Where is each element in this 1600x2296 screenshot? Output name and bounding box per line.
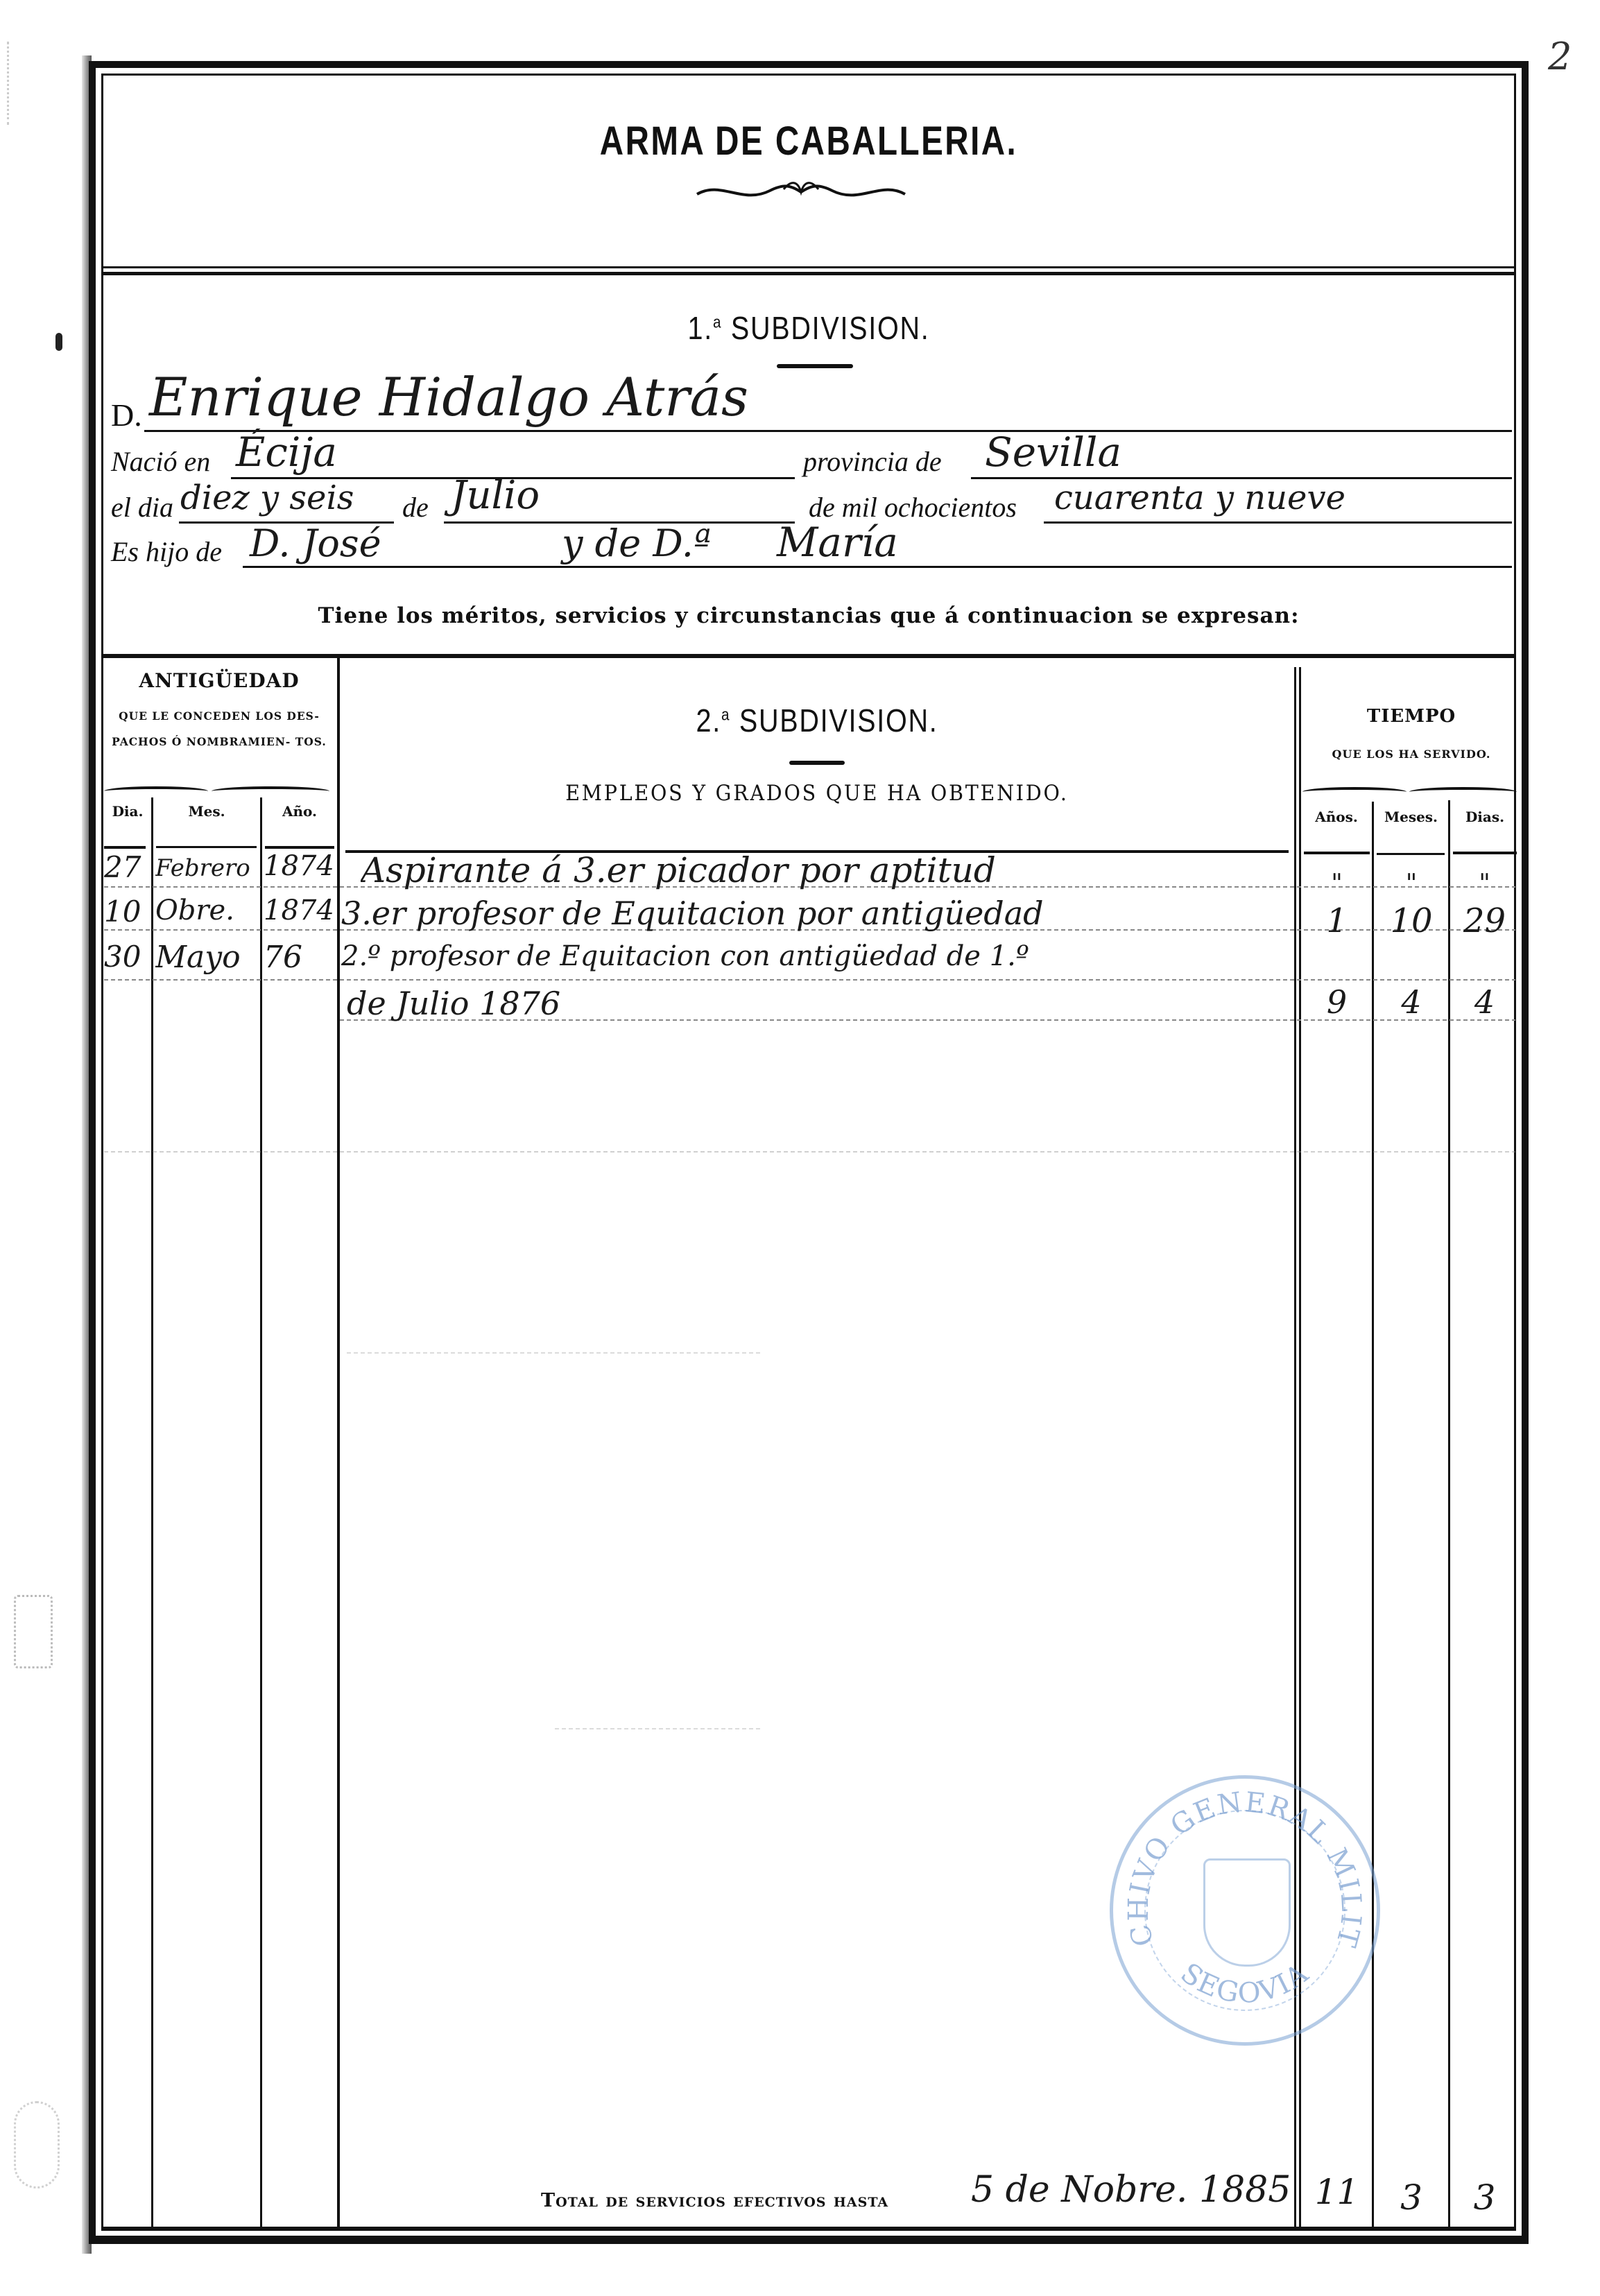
total-dias: 3 bbox=[1452, 2177, 1517, 2218]
header-divider-thin bbox=[101, 266, 1516, 268]
form-title: ARMA DE CABALLERIA. bbox=[229, 118, 1389, 164]
name-value: Enrique Hidalgo Atrás bbox=[149, 366, 748, 428]
father-value: D. José bbox=[250, 521, 381, 565]
month-label: de bbox=[402, 491, 429, 524]
empleos-caption: EMPLEOS Y GRADOS QUE HA OBTENIDO. bbox=[378, 781, 1256, 806]
subdivision-1-ordinal: a bbox=[713, 313, 722, 332]
row-2-dia: 10 bbox=[104, 895, 151, 929]
province-value: Sevilla bbox=[985, 429, 1121, 476]
header-rule-ano bbox=[265, 846, 334, 849]
margin-ornament-mark bbox=[14, 2101, 60, 2189]
row-1-mes: Febrero bbox=[155, 854, 259, 882]
subdivision-1-text: SUBDIVISION. bbox=[731, 310, 930, 346]
name-line bbox=[144, 430, 1512, 432]
table-bottom-rule bbox=[101, 2229, 1516, 2231]
margin-stamp-mark bbox=[14, 1595, 53, 1668]
archive-stamp-text: ARCHIVO GENERAL MILITAR SEGOVIA bbox=[1110, 1775, 1380, 2046]
title-flourish-ornament bbox=[694, 177, 909, 205]
mes-ano-divider bbox=[260, 797, 262, 2230]
row-3-dia: 30 bbox=[104, 940, 151, 974]
col-header-dias: Dias. bbox=[1450, 809, 1520, 825]
day-label: el dia bbox=[111, 491, 173, 524]
subdivision-1-ornament bbox=[777, 364, 853, 368]
row-guide bbox=[104, 979, 1515, 981]
merits-intro-text: Tiene los méritos, servicios y circunsta… bbox=[101, 603, 1516, 628]
total-anos: 11 bbox=[1304, 2172, 1370, 2212]
header-rule-dias bbox=[1453, 852, 1517, 854]
row-3-meses: 4 bbox=[1377, 983, 1446, 1021]
row-2-mes: Obre. bbox=[155, 895, 259, 926]
tiempo-brace-left bbox=[1302, 787, 1407, 797]
row-2-dias: 29 bbox=[1452, 901, 1517, 940]
total-meses: 3 bbox=[1377, 2177, 1446, 2218]
year-value: cuarenta y nueve bbox=[1054, 478, 1345, 517]
parents-line bbox=[243, 566, 1512, 568]
mother-label-handwritten: y de D.ª bbox=[562, 521, 712, 565]
father-label: Es hijo de bbox=[111, 535, 222, 568]
binding-hole bbox=[55, 333, 62, 351]
antiguedad-brace-right bbox=[212, 786, 329, 796]
antiguedad-subtitle: QUE LE CONCEDEN LOS DES- PACHOS Ó NOMBRA… bbox=[101, 703, 337, 754]
tiempo-brace-right bbox=[1409, 787, 1517, 797]
page-number: 2 bbox=[1548, 35, 1572, 78]
col-header-ano: Año. bbox=[262, 803, 337, 820]
margin-mark bbox=[7, 42, 30, 125]
row-2-ano: 1874 bbox=[264, 895, 337, 926]
tiempo-subtitle: QUE LOS HA SERVIDO. bbox=[1300, 748, 1522, 761]
subdivision-2-number: 2. bbox=[696, 702, 721, 739]
name-label: D. bbox=[111, 397, 142, 433]
subdivision-2-heading: 2.a SUBDIVISION. bbox=[406, 702, 1227, 739]
row-guide bbox=[104, 1151, 1515, 1153]
subdivision-2-text: SUBDIVISION. bbox=[739, 702, 938, 739]
row-guide bbox=[347, 1352, 763, 1354]
col-header-anos: Años. bbox=[1301, 809, 1372, 825]
antiguedad-title: ANTIGÜEDAD bbox=[101, 669, 337, 692]
row-1-dias: " bbox=[1452, 870, 1517, 898]
row-guide bbox=[555, 1728, 763, 1729]
row-2-empleo: 3.er profesor de Equitacion por antigüed… bbox=[341, 895, 1291, 932]
col-header-mes: Mes. bbox=[153, 803, 260, 820]
subdivision-2-ornament bbox=[789, 761, 845, 765]
row-1-meses: " bbox=[1377, 870, 1446, 898]
subdivision-1-number: 1. bbox=[688, 310, 713, 346]
born-in-label: Nació en bbox=[111, 445, 210, 478]
row-1-ano: 1874 bbox=[264, 850, 337, 882]
day-value: diez y seis bbox=[180, 478, 354, 517]
row-2-meses: 10 bbox=[1377, 901, 1446, 940]
svg-text:ARCHIVO GENERAL MILITAR: ARCHIVO GENERAL MILITAR bbox=[1110, 1775, 1368, 1950]
row-3-ano: 76 bbox=[264, 940, 337, 975]
col-header-meses: Meses. bbox=[1374, 809, 1448, 825]
born-in-value: Écija bbox=[236, 429, 337, 476]
header-rule-anos bbox=[1304, 852, 1370, 854]
antiguedad-brace-left bbox=[104, 786, 208, 796]
row-3-mes: Mayo bbox=[155, 940, 259, 975]
meses-dias-divider bbox=[1448, 800, 1450, 2230]
year-line bbox=[1044, 521, 1512, 524]
row-3-dias: 4 bbox=[1452, 983, 1517, 1021]
header-divider-thick bbox=[101, 272, 1516, 275]
tiempo-title: TIEMPO bbox=[1300, 706, 1522, 727]
svg-text:SEGOVIA: SEGOVIA bbox=[1175, 1957, 1316, 2010]
month-value: Julio bbox=[451, 473, 540, 518]
row-3-empleo-continued: de Julio 1876 bbox=[347, 985, 902, 1022]
row-1-anos: " bbox=[1304, 870, 1370, 898]
table-top-rule bbox=[101, 654, 1516, 658]
row-2-anos: 1 bbox=[1304, 901, 1370, 940]
header-rule-mes bbox=[156, 846, 257, 848]
province-label: provincia de bbox=[803, 445, 942, 478]
header-rule-dia bbox=[104, 846, 146, 849]
mother-value: María bbox=[777, 519, 898, 566]
subdivision-1-heading: 1.a SUBDIVISION. bbox=[200, 309, 1417, 347]
row-1-dia: 27 bbox=[104, 850, 151, 884]
col-header-dia: Dia. bbox=[104, 803, 151, 820]
row-1-empleo: Aspirante á 3.er picador por aptitud bbox=[361, 850, 1290, 890]
subdivision-2-ordinal: a bbox=[721, 706, 730, 725]
header-rule-meses bbox=[1377, 853, 1445, 855]
total-services-label: Total de servicios efectivos hasta bbox=[541, 2190, 888, 2211]
row-3-anos: 9 bbox=[1304, 983, 1370, 1021]
total-services-date: 5 de Nobre. 1885 bbox=[971, 2169, 1291, 2211]
antiguedad-right-border bbox=[337, 656, 340, 2230]
row-3-empleo: 2.º profesor de Equitacion con antigüeda… bbox=[341, 940, 1291, 972]
dia-mes-divider bbox=[151, 797, 153, 2230]
